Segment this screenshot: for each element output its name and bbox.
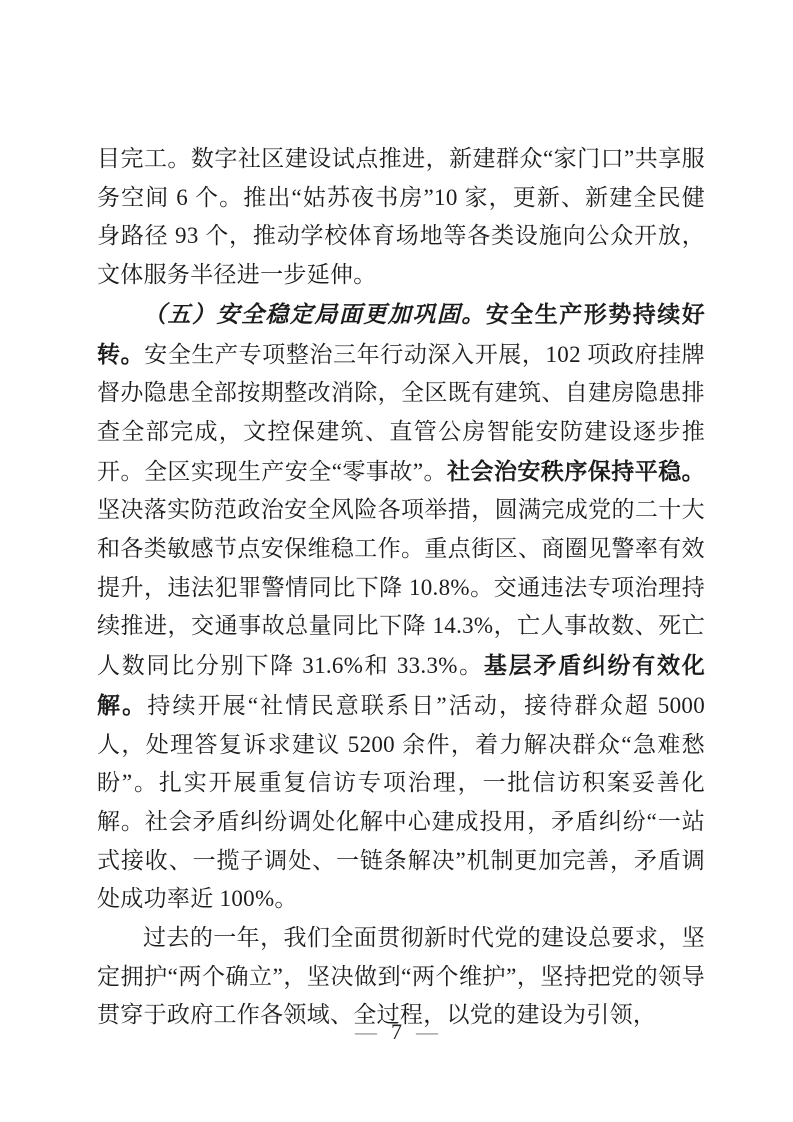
document-body-text: 目完工。数字社区建设试点推进，新建群众“家门口”共享服务空间 6 个。推出“姑苏…: [97, 140, 705, 1035]
footer-right-dash: —: [416, 1019, 438, 1044]
paragraph-segment: 持续开展“社情民意联系日”活动，接待群众超 5000 人，处理答复诉求建议 52…: [97, 693, 705, 912]
page-number: 7: [391, 1019, 402, 1044]
footer-left-dash: —: [355, 1019, 377, 1044]
paragraph-safety-stability: （五）安全稳定局面更加巩固。安全生产形势持续好转。安全生产专项整治三年行动深入开…: [97, 295, 705, 919]
page-footer: —7—: [0, 1017, 793, 1047]
document-page: 目完工。数字社区建设试点推进，新建群众“家门口”共享服务空间 6 个。推出“姑苏…: [0, 0, 793, 1122]
subsection-number-heading: （五）安全稳定局面更加巩固。: [143, 302, 486, 327]
paragraph-segment: 过去的一年，我们全面贯彻新时代党的建设总要求，坚定拥护“两个确立”，坚决做到“两…: [97, 925, 705, 1027]
paragraph-segment: 目完工。数字社区建设试点推进，新建群众“家门口”共享服务空间 6 个。推出“姑苏…: [97, 146, 705, 287]
bold-topic-heading-public-order: 社会治安秩序保持平稳。: [447, 458, 705, 484]
paragraph-community-services: 目完工。数字社区建设试点推进，新建群众“家门口”共享服务空间 6 个。推出“姑苏…: [97, 140, 705, 295]
